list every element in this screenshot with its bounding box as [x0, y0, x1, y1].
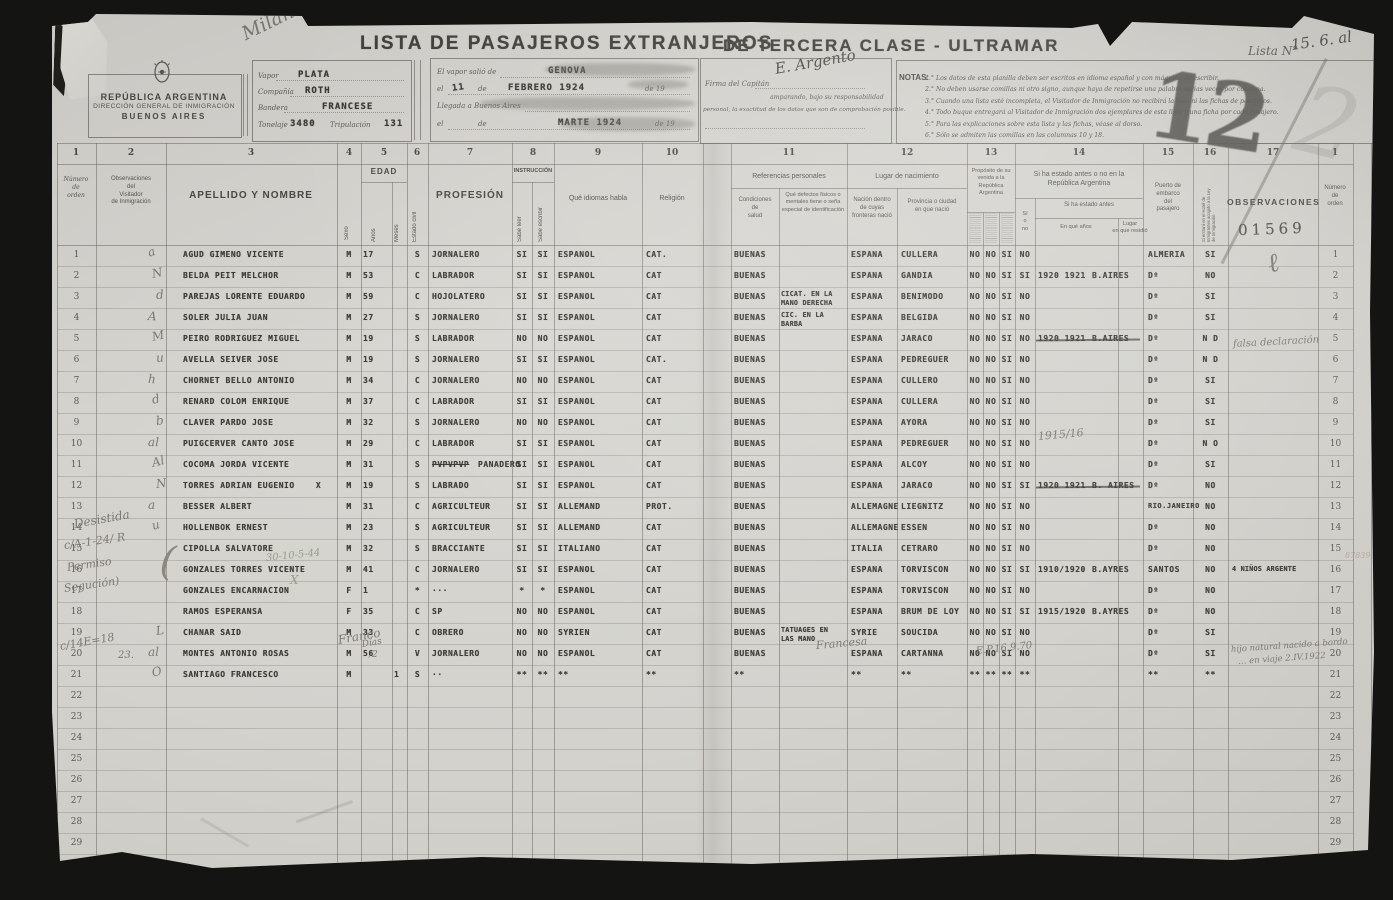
- table-row-line: [57, 329, 1353, 330]
- margin-mark: d: [156, 287, 165, 302]
- cell-prof: JORNALERO: [432, 565, 480, 574]
- cell-before: NO: [1015, 313, 1035, 322]
- cell-p2: NO: [983, 355, 999, 364]
- cell-nation: ESPANA: [851, 292, 883, 301]
- cell-years: 19: [363, 355, 374, 364]
- cell-nation: ESPANA: [851, 649, 883, 658]
- table-hline: [1015, 198, 1143, 199]
- cell-write: SI: [532, 523, 554, 532]
- vapor-label: Vapor: [258, 72, 279, 80]
- col-number: 14: [1073, 148, 1086, 158]
- col-number: 11: [783, 148, 796, 158]
- cell-prof: JORNALERO: [432, 376, 480, 385]
- cell-before: NO: [1015, 523, 1035, 532]
- cell-sex: M: [337, 460, 361, 469]
- cell-health: BUENAS: [734, 544, 766, 553]
- cell-sex: M: [337, 250, 361, 259]
- cell-rel: CAT: [646, 523, 662, 532]
- cell-civil: C: [407, 502, 428, 511]
- cell-health: BUENAS: [734, 418, 766, 427]
- table-row-line: [57, 413, 1353, 414]
- cell-p3: SI: [999, 271, 1015, 280]
- cell-rel: CAT: [646, 565, 662, 574]
- cell-years: 19: [363, 334, 374, 343]
- cell-civil: S: [407, 355, 428, 364]
- row-number-left: 13: [57, 502, 96, 512]
- cell-name: PUIGCERVER CANTO JOSE: [183, 439, 295, 448]
- cell-p2: NO: [983, 607, 999, 616]
- annotation: Días: [361, 637, 383, 650]
- annotation: /2: [369, 650, 378, 660]
- cell-p2: NO: [983, 523, 999, 532]
- table-vline: [847, 143, 848, 872]
- cell-nation: ESPANA: [851, 418, 883, 427]
- cell-lang: SYRIEN: [558, 628, 590, 637]
- tonelaje-value: 3480: [290, 119, 316, 129]
- cell-prof: AGRICULTEUR: [432, 523, 490, 532]
- table-hline: [361, 182, 407, 183]
- cell-province: CULLERO: [901, 376, 938, 385]
- row-number-left: 11: [57, 460, 96, 470]
- row-number-right: 3: [1318, 292, 1353, 302]
- cell-p3: SI: [999, 439, 1015, 448]
- table-vline: [642, 143, 643, 872]
- cell-read: NO: [512, 628, 532, 637]
- pencil-smudge: [628, 80, 688, 89]
- cell-p2: NO: [983, 565, 999, 574]
- cell-health: BUENAS: [734, 649, 766, 658]
- cell-p2: NO: [983, 502, 999, 511]
- cell-read: NO: [512, 376, 532, 385]
- row-number-left: 29: [57, 838, 96, 848]
- cell-port: Dº: [1148, 628, 1159, 637]
- cell-province: BELGIDA: [901, 313, 938, 322]
- table-row-line: [57, 686, 1353, 687]
- cell-nation: ESPANA: [851, 607, 883, 616]
- annotation: (: [158, 538, 178, 585]
- cell-write: SI: [532, 565, 554, 574]
- table-vline: [166, 143, 167, 872]
- table-row-line: [57, 476, 1353, 477]
- cell-health: BUENAS: [734, 397, 766, 406]
- cell-civil: C: [407, 271, 428, 280]
- pencil-smudge: [560, 117, 695, 131]
- cell-name: CHORNET BELLO ANTONIO: [183, 376, 295, 385]
- margin-mark: h: [148, 372, 156, 386]
- page-title-right: DE TERCERA CLASE - ULTRAMAR: [723, 36, 1013, 56]
- cell-name: CIPOLLA SALVATORE: [183, 544, 273, 553]
- cell-name: MONTES ANTONIO ROSAS: [183, 649, 289, 658]
- cell-c16: SI: [1193, 418, 1228, 427]
- cell-province: JARACO: [901, 334, 933, 343]
- row-number-left: 26: [57, 775, 96, 785]
- cell-name: SANTIAGO FRANCESCO: [183, 670, 279, 679]
- cell-name: AGUD GIMENO VICENTE: [183, 250, 284, 259]
- cell-health: BUENAS: [734, 607, 766, 616]
- col-header-c4: Sexo: [344, 196, 350, 240]
- row-number-left: 4: [57, 313, 96, 323]
- table-vline: [999, 212, 1000, 872]
- cell-c16: NO: [1193, 607, 1228, 616]
- cell-years: 29: [363, 439, 374, 448]
- cell-read: SI: [512, 502, 532, 511]
- cell-sex: M: [337, 376, 361, 385]
- table-vline: [1353, 143, 1354, 872]
- cell-p2: NO: [983, 313, 999, 322]
- cell-prof: JORNALERO: [432, 649, 480, 658]
- table-vline: [703, 143, 704, 872]
- nota-item: 3.° Cuando una lista esté incompleta, el…: [925, 98, 1272, 105]
- row-number-right: 19: [1318, 628, 1353, 638]
- cell-sex: M: [337, 292, 361, 301]
- row-number-left: 3: [57, 292, 96, 302]
- cell-rel: CAT: [646, 439, 662, 448]
- de-label-2: de: [478, 120, 487, 128]
- row-number-right: 14: [1318, 523, 1353, 533]
- cell-p3: SI: [999, 355, 1015, 364]
- cell-port: Dº: [1148, 586, 1159, 595]
- cell-name: GONZALES TORRES VICENTE: [183, 565, 305, 574]
- cell-p2: NO: [983, 397, 999, 406]
- cell-nation: ESPANA: [851, 376, 883, 385]
- col-header-c6: Estado civil: [412, 190, 418, 242]
- cell-c16: SI: [1193, 649, 1228, 658]
- table-vline: [554, 143, 555, 872]
- cell-nation: ESPANA: [851, 586, 883, 595]
- cell-write: SI: [532, 439, 554, 448]
- margin-mark: u: [150, 517, 161, 533]
- col-number: 17: [1267, 148, 1280, 158]
- cell-lang: ESPANOL: [558, 607, 595, 616]
- cell-prev_years: 1920 1921: [1038, 271, 1086, 280]
- cell-port: **: [1148, 670, 1159, 679]
- cell-sex: M: [337, 502, 361, 511]
- cell-health: BUENAS: [734, 502, 766, 511]
- cell-civil: S: [407, 523, 428, 532]
- table-row-line: [57, 266, 1353, 267]
- cell-health: BUENAS: [734, 313, 766, 322]
- col-header-c8b: Sabe escribir: [538, 190, 544, 242]
- cell-port: Dº: [1148, 439, 1159, 448]
- cell-c16: N D: [1193, 355, 1228, 364]
- cell-before: NO: [1015, 628, 1035, 637]
- cell-c16: NO: [1193, 586, 1228, 595]
- cell-write: SI: [532, 502, 554, 511]
- cell-p3: SI: [999, 313, 1015, 322]
- cell-nation: ESPANA: [851, 334, 883, 343]
- cell-read: NO: [512, 649, 532, 658]
- cell-province: CULLERA: [901, 397, 938, 406]
- cell-prof: JORNALERO: [432, 313, 480, 322]
- cell-p1: NO: [967, 628, 983, 637]
- cell-port: Dº: [1148, 334, 1159, 343]
- row-number-right: 27: [1318, 796, 1353, 806]
- cell-read: NO: [512, 418, 532, 427]
- cell-rel: CAT: [646, 334, 662, 343]
- cell-province: CETRARO: [901, 544, 938, 553]
- row-number-left: 24: [57, 733, 96, 743]
- cell-read: SI: [512, 544, 532, 553]
- cell-p2: NO: [983, 460, 999, 469]
- month-year-value: FEBRERO 1924: [508, 83, 585, 93]
- cell-c16: NO: [1193, 502, 1228, 511]
- cell-p1: NO: [967, 502, 983, 511]
- cell-sex: M: [337, 670, 361, 679]
- table-hline: [57, 164, 1353, 165]
- cell-p3: SI: [999, 397, 1015, 406]
- cell-lang: ALLEMAND: [558, 502, 601, 511]
- col-number: 2: [128, 148, 134, 158]
- cell-sex: M: [337, 649, 361, 658]
- cell-rel: CAT: [646, 607, 662, 616]
- bandera-value: FRANCESE: [322, 102, 373, 112]
- microtext-strip: [985, 213, 997, 243]
- cell-c16: NO: [1193, 523, 1228, 532]
- cell-port: Dº: [1148, 271, 1159, 280]
- cell-p1: NO: [967, 397, 983, 406]
- cell-rel: CAT: [646, 628, 662, 637]
- row-number-right: 17: [1318, 586, 1353, 596]
- cell-port: Dº: [1148, 376, 1159, 385]
- annotation: 15. 6. al: [1290, 28, 1353, 54]
- argentina-coat-of-arms-icon: [152, 60, 172, 89]
- cell-lang: ESPANOL: [558, 481, 595, 490]
- cell-p2: NO: [983, 334, 999, 343]
- cell-p3: SI: [999, 523, 1015, 532]
- cell-prof: ··: [432, 670, 443, 679]
- day-value: 11: [451, 82, 465, 94]
- el-label-2: el: [437, 120, 443, 128]
- cell-obs: 4 NIÑOS ARGENTE: [1232, 565, 1296, 574]
- cell-years: 37: [363, 397, 374, 406]
- cell-province: PEDREGUER: [901, 439, 949, 448]
- cell-years: 35: [363, 607, 374, 616]
- cell-prof: LABRADOR: [432, 439, 475, 448]
- nota-item: 2.° No deben usarse comillas ni otro sig…: [925, 86, 1266, 93]
- cell-years: 31: [363, 502, 374, 511]
- scanned-passenger-list: LISTA DE PASAJEROS EXTRANJEROS DE TERCER…: [0, 0, 1393, 900]
- cell-write: SI: [532, 460, 554, 469]
- cell-civil: C: [407, 439, 428, 448]
- table-vline: [1118, 218, 1119, 872]
- cell-write: NO: [532, 418, 554, 427]
- cell-rel: CAT: [646, 481, 662, 490]
- col-header-c5a: Años: [371, 196, 377, 242]
- cell-port: Dº: [1148, 523, 1159, 532]
- col-header-c14a: Sí o no: [1016, 211, 1034, 233]
- cell-civil: S: [407, 670, 428, 679]
- row-number-right: 7: [1318, 376, 1353, 386]
- cell-province: TORVISCON: [901, 565, 949, 574]
- cell-years: 31: [363, 460, 374, 469]
- cell-prof: HOJOLATERO: [432, 292, 485, 301]
- table-row-line: [57, 497, 1353, 498]
- cell-civil: *: [407, 586, 428, 595]
- cell-sex: M: [337, 544, 361, 553]
- cell-prof: JORNALERO: [432, 355, 480, 364]
- cell-province: ALCOY: [901, 460, 928, 469]
- col-number: 1: [73, 148, 79, 158]
- cell-prev_place: B.AYRES: [1092, 565, 1129, 574]
- cell-health: BUENAS: [734, 586, 766, 595]
- cell-rel: CAT: [646, 460, 662, 469]
- col-header-c3: APELLIDO Y NOMBRE: [166, 190, 336, 201]
- cell-prev_years: 1915/1920: [1038, 607, 1086, 616]
- tripulacion-label: Tripulación: [330, 121, 371, 129]
- cell-name: PAREJAS LORENTE EDUARDO: [183, 292, 305, 301]
- annotation: X: [290, 573, 299, 587]
- cell-name: BELDA PEIT MELCHOR: [183, 271, 279, 280]
- cell-nation: ESPANA: [851, 313, 883, 322]
- cell-province: SOUCIDA: [901, 628, 938, 637]
- cell-c16: NO: [1193, 565, 1228, 574]
- cell-province: LIEGNITZ: [901, 502, 944, 511]
- cell-province: ESSEN: [901, 523, 928, 532]
- row-number-right: 23: [1318, 712, 1353, 722]
- annotation: Milanese: [238, 0, 326, 45]
- cell-port: Dº: [1148, 313, 1159, 322]
- col-number: 12: [901, 148, 914, 158]
- margin-mark: Al: [150, 453, 166, 470]
- cell-lang: **: [558, 670, 569, 679]
- document-sheet: LISTA DE PASAJEROS EXTRANJEROS DE TERCER…: [52, 12, 1374, 874]
- cell-p2: NO: [983, 250, 999, 259]
- cell-civil: C: [407, 292, 428, 301]
- cell-write: NO: [532, 649, 554, 658]
- cell-lang: ESPANOL: [558, 439, 595, 448]
- cell-lang: ESPANOL: [558, 376, 595, 385]
- cell-rel: CAT: [646, 544, 662, 553]
- cell-read: SI: [512, 292, 532, 301]
- cell-lang: ESPANOL: [558, 460, 595, 469]
- margin-mark: d: [150, 391, 161, 406]
- cell-port: Dº: [1148, 355, 1159, 364]
- cell-p1: NO: [967, 481, 983, 490]
- cell-province: **: [901, 670, 912, 679]
- col-header-c12: Lugar de nacimiento: [851, 172, 963, 181]
- margin-mark: N: [151, 265, 164, 281]
- table-row-line: [57, 728, 1353, 729]
- cell-port: Dº: [1148, 607, 1159, 616]
- cell-years: 27: [363, 313, 374, 322]
- table-row-line: [57, 602, 1353, 603]
- cell-health: BUENAS: [734, 628, 766, 637]
- cell-write: **: [532, 670, 554, 679]
- row-number-right: 6: [1318, 355, 1353, 365]
- cell-read: SI: [512, 397, 532, 406]
- cell-c16: NO: [1193, 544, 1228, 553]
- table-vline: [1371, 143, 1372, 872]
- cell-rel: CAT: [646, 586, 662, 595]
- cell-p1: NO: [967, 607, 983, 616]
- cell-lang: ESPANOL: [558, 586, 595, 595]
- cell-before: NO: [1015, 292, 1035, 301]
- cell-health: BUENAS: [734, 250, 766, 259]
- cell-health: BUENAS: [734, 481, 766, 490]
- margin-mark: M: [151, 328, 166, 344]
- table-row-line: [57, 791, 1353, 792]
- row-number-left: 7: [57, 376, 96, 386]
- cell-p1: NO: [967, 523, 983, 532]
- margin-mark: A: [148, 309, 157, 323]
- cell-lang: ESPANOL: [558, 355, 595, 364]
- observaciones-number-stamp: 01569: [1238, 219, 1306, 239]
- cell-c16: SI: [1193, 292, 1228, 301]
- cell-health: BUENAS: [734, 334, 766, 343]
- cell-sex: M: [337, 271, 361, 280]
- cell-civil: S: [407, 334, 428, 343]
- row-number-left: 10: [57, 439, 96, 449]
- cell-write: SI: [532, 313, 554, 322]
- cell-months: 1: [394, 670, 399, 679]
- cell-rel: PROT.: [646, 502, 673, 511]
- col-number: 8: [530, 148, 536, 158]
- cell-health: **: [734, 670, 745, 679]
- table-row-line: [57, 518, 1353, 519]
- cell-rel: CAT: [646, 649, 662, 658]
- cell-civil: C: [407, 376, 428, 385]
- tonelaje-label: Tonelaje: [258, 121, 288, 129]
- col-number: 4: [346, 148, 352, 158]
- cell-p2: NO: [983, 376, 999, 385]
- annotation: 30-10-5-44: [265, 547, 321, 564]
- cell-years: 32: [363, 418, 374, 427]
- cell-province: CARTANNA: [901, 649, 944, 658]
- cell-defects: CICAT. EN LA MANO DERECHA: [781, 290, 833, 308]
- cell-prof: AGRICULTEUR: [432, 502, 490, 511]
- cell-lang: ESPANOL: [558, 397, 595, 406]
- cell-read: SI: [512, 481, 532, 490]
- row-number-right: 9: [1318, 418, 1353, 428]
- cell-p2: NO: [983, 439, 999, 448]
- cell-prof: OBRERO: [432, 628, 464, 637]
- cell-p2: NO: [983, 418, 999, 427]
- col-number: 16: [1204, 148, 1217, 158]
- col-header-c10: Religión: [643, 194, 701, 203]
- cell-prev_years: 1910/1920: [1038, 565, 1086, 574]
- org-line2: DIRECCIÓN GENERAL DE INMIGRACIÓN: [89, 103, 239, 111]
- col-number: 13: [985, 148, 998, 158]
- cell-c16: N D: [1193, 334, 1228, 343]
- cell-write: SI: [532, 271, 554, 280]
- cell-read: SI: [512, 250, 532, 259]
- row-number-right: 24: [1318, 733, 1353, 743]
- row-number-left: 8: [57, 397, 96, 407]
- cell-name: RAMOS ESPERANSA: [183, 607, 263, 616]
- cell-p3: SI: [999, 502, 1015, 511]
- cell-p1: NO: [967, 313, 983, 322]
- col-number: 6: [414, 148, 420, 158]
- annotation: 23.: [118, 650, 134, 661]
- cell-p1: NO: [967, 418, 983, 427]
- tripulacion-value: 131: [384, 119, 403, 129]
- cell-health: BUENAS: [734, 271, 766, 280]
- row-number-right: 4: [1318, 313, 1353, 323]
- row-number-right: 16: [1318, 565, 1353, 575]
- cell-before: **: [1015, 670, 1035, 679]
- compania-label: Compañía: [258, 88, 294, 96]
- cell-read: NO: [512, 607, 532, 616]
- firma-label: Firma del Capitán: [705, 80, 769, 88]
- cell-province: GANDIA: [901, 271, 933, 280]
- cell-port: SANTOS: [1148, 565, 1180, 574]
- cell-p3: SI: [999, 607, 1015, 616]
- cell-write: SI: [532, 250, 554, 259]
- cell-p2: NO: [983, 544, 999, 553]
- firma-sub2: personal, la exactitud de los datos que …: [703, 107, 906, 113]
- cell-prof: JORNALERO: [432, 418, 480, 427]
- microtext-strip: [969, 213, 981, 243]
